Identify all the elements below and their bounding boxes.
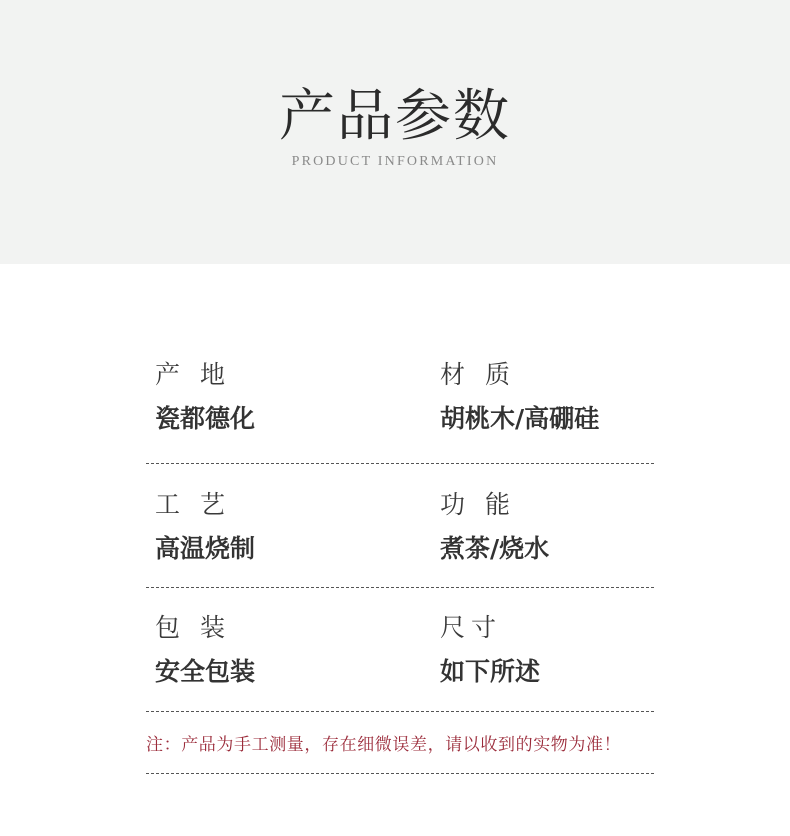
- param-material: 材 质 胡桃木/高硼硅: [440, 360, 599, 434]
- header-banner: 产品参数 PRODUCT INFORMATION: [0, 0, 790, 264]
- param-value: 胡桃木/高硼硅: [440, 404, 599, 434]
- param-value: 如下所述: [440, 657, 540, 687]
- param-value: 高温烧制: [155, 534, 255, 564]
- param-label: 材 质: [440, 360, 599, 390]
- divider: [146, 773, 654, 774]
- param-label: 尺寸: [440, 613, 540, 643]
- param-value: 安全包装: [155, 657, 255, 687]
- param-value: 瓷都德化: [155, 404, 255, 434]
- page-title: 产品参数: [0, 82, 790, 152]
- param-label: 产 地: [155, 360, 255, 390]
- param-origin: 产 地 瓷都德化: [155, 360, 255, 434]
- param-label: 功 能: [440, 490, 549, 520]
- param-label: 工 艺: [155, 490, 255, 520]
- divider: [146, 463, 654, 464]
- param-label: 包 装: [155, 613, 255, 643]
- divider: [146, 587, 654, 588]
- divider: [146, 711, 654, 712]
- page-subtitle: PRODUCT INFORMATION: [0, 154, 790, 170]
- measurement-note: 注：产品为手工测量，存在细微误差，请以收到的实物为准！: [146, 733, 621, 757]
- param-size: 尺寸 如下所述: [440, 613, 540, 687]
- param-packaging: 包 装 安全包装: [155, 613, 255, 687]
- param-value: 煮茶/烧水: [440, 534, 549, 564]
- param-function: 功 能 煮茶/烧水: [440, 490, 549, 564]
- param-craft: 工 艺 高温烧制: [155, 490, 255, 564]
